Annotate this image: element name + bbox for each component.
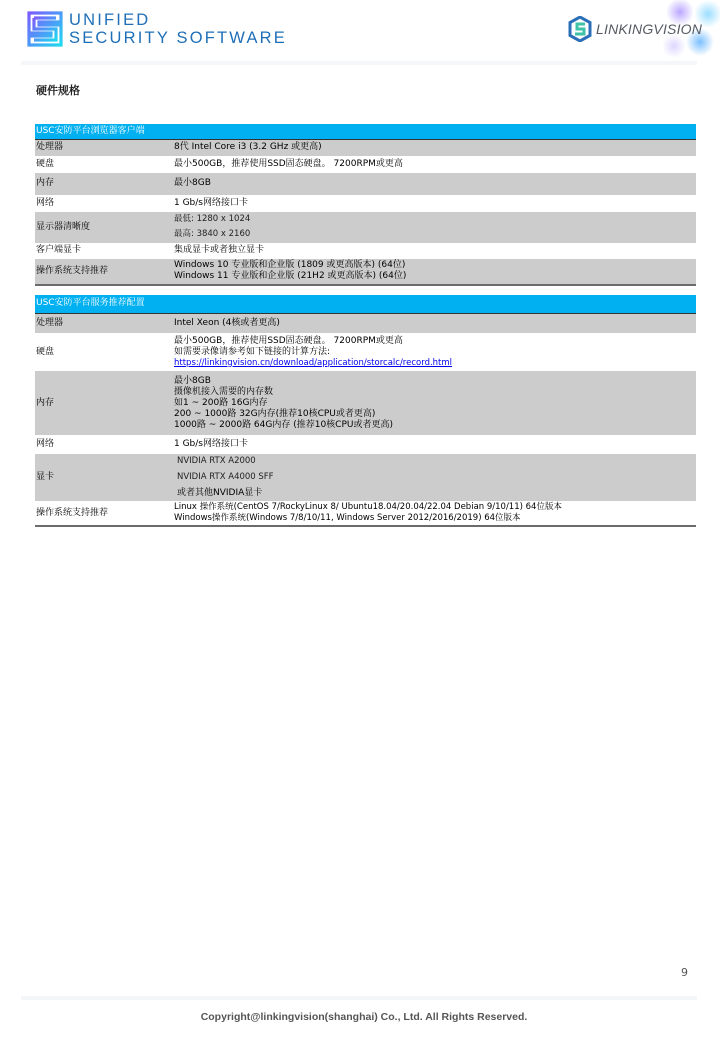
table-row: 处理器 Intel Xeon (4核或者更高) — [35, 313, 696, 333]
header-divider — [21, 61, 697, 65]
row-value: 最小500GB，推荐使用SSD固态硬盘。 7200RPM或更高 — [174, 156, 696, 173]
table-header-row: USC安防平台服务推荐配置 — [35, 295, 696, 313]
table-row: 操作系统支持推荐 Windows 10 专业版和企业版 (1809 或更高版本)… — [35, 259, 696, 285]
row-value: 最小500GB，推荐使用SSD固态硬盘。 7200RPM或更高 如需要录像请参考… — [174, 333, 696, 371]
row-value: 集成显卡或者独立显卡 — [174, 243, 696, 259]
row-label: 网络 — [35, 435, 174, 454]
linkingvision-wordmark: LINKINGVISION — [596, 21, 702, 37]
brand-line-2: SECURITY SOFTWARE — [69, 29, 287, 47]
value-line: 最小500GB，推荐使用SSD固态硬盘。 7200RPM或更高 — [174, 336, 696, 347]
value-line: NVIDIA RTX A2000 — [177, 456, 696, 467]
value-line: 最低: 1280 x 1024 — [174, 214, 696, 225]
section-title: 硬件规格 — [36, 82, 80, 98]
server-spec-table: USC安防平台服务推荐配置 处理器 Intel Xeon (4核或者更高) 硬盘… — [35, 295, 696, 527]
footer-divider — [21, 996, 697, 1000]
row-label: 操作系统支持推荐 — [35, 259, 174, 285]
row-label: 内存 — [35, 371, 174, 435]
client-spec-table: USC安防平台浏览器客户端 处理器 8代 Intel Core i3 (3.2 … — [35, 124, 696, 286]
row-value: 最小8GB — [174, 173, 696, 195]
value-line: 200 ~ 1000路 32G内存(推荐10核CPU或者更高) — [174, 409, 696, 420]
table-header-row: USC安防平台浏览器客户端 — [35, 124, 696, 140]
page-number: 9 — [681, 966, 688, 979]
row-value: NVIDIA RTX A2000 NVIDIA RTX A4000 SFF 或者… — [174, 454, 696, 501]
row-label: 处理器 — [35, 140, 174, 156]
table-row: 网络 1 Gb/s网络接口卡 — [35, 435, 696, 454]
page-header: UNIFIED SECURITY SOFTWARE LINKINGVISION — [0, 0, 720, 62]
value-line: 最高: 3840 x 2160 — [174, 229, 696, 240]
row-value: Intel Xeon (4核或者更高) — [174, 313, 696, 333]
table-row: 处理器 8代 Intel Core i3 (3.2 GHz 或更高) — [35, 140, 696, 156]
value-line: Windows 11 专业版和企业版 (21H2 或更高版本) (64位) — [174, 271, 696, 282]
row-label: 显示器清晰度 — [35, 212, 174, 243]
row-label: 硬盘 — [35, 333, 174, 371]
table-row: 网络 1 Gb/s网络接口卡 — [35, 195, 696, 212]
row-value: 8代 Intel Core i3 (3.2 GHz 或更高) — [174, 140, 696, 156]
row-value: Linux 操作系统(CentOS 7/RockyLinux 8/ Ubuntu… — [174, 501, 696, 526]
row-label: 显卡 — [35, 454, 174, 501]
row-label: 网络 — [35, 195, 174, 212]
row-label: 客户端显卡 — [35, 243, 174, 259]
row-label: 硬盘 — [35, 156, 174, 173]
value-line: 如需要录像请参考如下链接的计算方法: — [174, 347, 696, 358]
row-label: 处理器 — [35, 313, 174, 333]
table-row: 客户端显卡 集成显卡或者独立显卡 — [35, 243, 696, 259]
row-value: Windows 10 专业版和企业版 (1809 或更高版本) (64位) Wi… — [174, 259, 696, 285]
copyright-text: Copyright@linkingvision(shanghai) Co., L… — [0, 1011, 720, 1023]
value-line: Linux 操作系统(CentOS 7/RockyLinux 8/ Ubuntu… — [174, 502, 696, 513]
brand-line-1: UNIFIED — [69, 11, 287, 29]
table-row: 内存 最小8GB 摄像机接入需要的内存数 如1 ~ 200路 16G内存 200… — [35, 371, 696, 435]
value-line: 1000路 ~ 2000路 64G内存 (推荐10核CPU或者更高) — [174, 420, 696, 431]
row-label: 内存 — [35, 173, 174, 195]
table-row: 硬盘 最小500GB，推荐使用SSD固态硬盘。 7200RPM或更高 如需要录像… — [35, 333, 696, 371]
row-label: 操作系统支持推荐 — [35, 501, 174, 526]
table-title: USC安防平台服务推荐配置 — [35, 295, 696, 313]
table-row: 内存 最小8GB — [35, 173, 696, 195]
row-value: 1 Gb/s网络接口卡 — [174, 195, 696, 212]
table-title: USC安防平台浏览器客户端 — [35, 124, 696, 140]
row-value: 1 Gb/s网络接口卡 — [174, 435, 696, 454]
value-line: 最小8GB — [174, 376, 696, 387]
table-row: 显示器清晰度 最低: 1280 x 1024 最高: 3840 x 2160 — [35, 212, 696, 243]
linkingvision-logo: LINKINGVISION — [568, 16, 702, 42]
value-line: 摄像机接入需要的内存数 — [174, 387, 696, 398]
value-line: Windows操作系统(Windows 7/8/10/11, Windows S… — [174, 513, 696, 524]
value-line: 如1 ~ 200路 16G内存 — [174, 398, 696, 409]
row-value: 最低: 1280 x 1024 最高: 3840 x 2160 — [174, 212, 696, 243]
storage-calculator-link[interactable]: https://linkingvision.cn/download/applic… — [174, 358, 696, 369]
row-value: 最小8GB 摄像机接入需要的内存数 如1 ~ 200路 16G内存 200 ~ … — [174, 371, 696, 435]
usc-logo-icon — [27, 11, 63, 47]
linkingvision-logo-icon — [568, 16, 592, 42]
value-line: NVIDIA RTX A4000 SFF — [177, 472, 696, 483]
brand-wordmark: UNIFIED SECURITY SOFTWARE — [69, 11, 287, 47]
table-row: 硬盘 最小500GB，推荐使用SSD固态硬盘。 7200RPM或更高 — [35, 156, 696, 173]
table-row: 操作系统支持推荐 Linux 操作系统(CentOS 7/RockyLinux … — [35, 501, 696, 526]
value-line: Windows 10 专业版和企业版 (1809 或更高版本) (64位) — [174, 260, 696, 271]
value-line: 或者其他NVIDIA显卡 — [177, 488, 696, 499]
table-row: 显卡 NVIDIA RTX A2000 NVIDIA RTX A4000 SFF… — [35, 454, 696, 501]
